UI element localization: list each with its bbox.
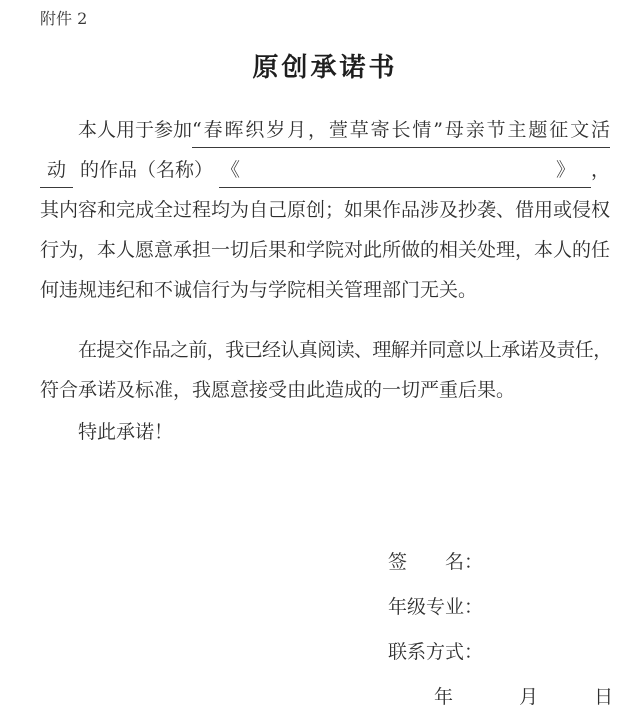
signature-block: 签 名： 年级专业： 联系方式： 年 月 日	[40, 540, 610, 720]
document-page: 附件 2 原创承诺书 本人用于参加 “春晖织岁月，萱草寄长情”母亲节主题征文活 …	[0, 0, 642, 725]
close-bracket: 》	[556, 152, 575, 187]
text-line-7: 符合承诺及标准，我愿意接受由此造成的一切严重后果。	[40, 372, 610, 408]
line2-underlined-char: 动	[40, 152, 73, 188]
attachment-label: 附件 2	[40, 8, 610, 30]
text-line-1: 本人用于参加 “春晖织岁月，萱草寄长情”母亲节主题征文活	[40, 112, 610, 148]
paragraph-acknowledgement: 在提交作品之前，我已经认真阅读、理解并同意以上承诺及责任， 符合承诺及标准，我愿…	[40, 332, 610, 408]
year-label: 年	[434, 686, 453, 708]
open-bracket: 《	[221, 152, 240, 187]
line1-prefix-text: 本人用于参加	[40, 112, 192, 148]
page-title: 原创承诺书	[40, 50, 610, 86]
grade-major-label: 年级专业：	[388, 585, 610, 630]
text-line-4: 行为，本人愿意承担一切后果和学院对此所做的相关处理，本人的任	[40, 232, 610, 268]
activity-name-underlined-text: “春晖织岁月，萱草寄长情”母亲节主题征文活	[192, 112, 610, 148]
closing-statement: 特此承诺！	[40, 414, 610, 450]
work-title-blank-field: 《 》	[219, 152, 591, 188]
paragraph-commitment: 本人用于参加 “春晖织岁月，萱草寄长情”母亲节主题征文活 动 的作品（名称） 《…	[40, 112, 610, 308]
day-label: 日	[594, 686, 613, 708]
signature-name-label: 签 名：	[388, 540, 610, 585]
text-line-6: 在提交作品之前，我已经认真阅读、理解并同意以上承诺及责任，	[40, 332, 610, 368]
text-line-2: 动 的作品（名称） 《 》 ，	[40, 152, 610, 188]
month-label: 月	[519, 686, 538, 708]
line2-comma: ，	[591, 152, 610, 188]
text-line-5: 何违规违纪和不诚信行为与学院相关管理部门无关。	[40, 272, 610, 308]
text-line-3: 其内容和完成全过程均为自己原创；如果作品涉及抄袭、借用或侵权	[40, 192, 610, 228]
date-line: 年 月 日	[388, 675, 610, 720]
work-name-label: 的作品（名称）	[80, 152, 213, 188]
contact-label: 联系方式：	[388, 630, 610, 675]
